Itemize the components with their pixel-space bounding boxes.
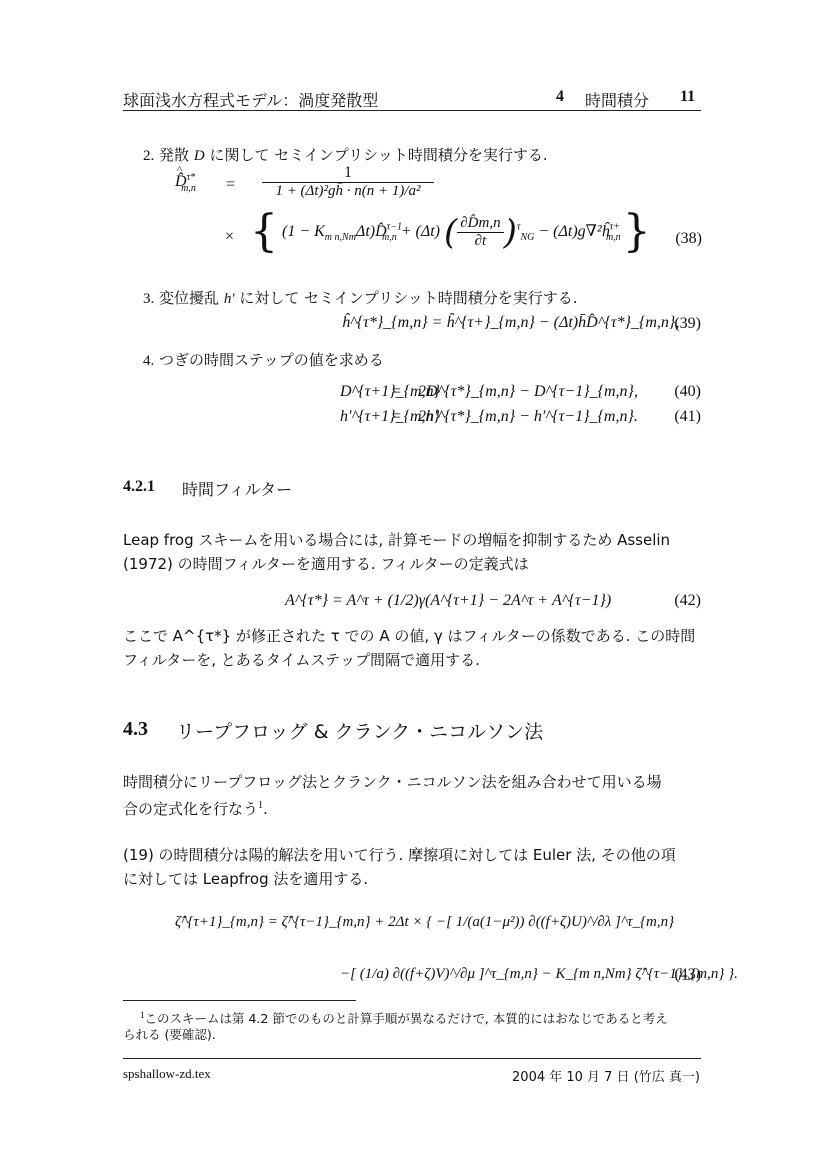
equation-39: ĥ^{τ*}_{m,n} = ĥ^{τ+}_{m,n} − (Δt)h̄D̂^{… <box>342 314 679 332</box>
section-title: リープフロッグ & クランク・ニコルソン法 <box>176 717 543 744</box>
footer-date-author: 2004 年 10 月 7 日 (竹広 真一) <box>512 1066 700 1085</box>
equation-number-38: (38) <box>675 230 702 248</box>
subsection-para1-line1: Leap frog スキームを用いる場合には, 計算モードの増幅を抑制するため … <box>123 528 670 552</box>
footer-filename: spshallow-zd.tex <box>123 1066 211 1082</box>
subsection-number: 4.2.1 <box>123 478 155 496</box>
equation-38-line1: D̂τ*m,n <box>175 172 196 194</box>
section-para1-line1: 時間積分にリープフロッグ法とクランク・ニコルソン法を組み合わせて用いる場 <box>123 770 662 794</box>
footer-rule <box>123 1058 701 1059</box>
subsection-para1-line2: (1972) の時間フィルターを適用する. フィルターの定義式は <box>123 552 529 576</box>
footnote-rule <box>123 1000 356 1001</box>
equation-38-equals: = <box>226 176 235 194</box>
equation-38-times: × <box>225 228 234 246</box>
page-number: 11 <box>680 88 695 106</box>
step-3: 3. 変位擾乱 h′ に対して セミインプリシット時間積分を実行する. <box>143 286 578 311</box>
equation-number-43: (43) <box>674 966 701 984</box>
equation-38-line2: { (1 − Km n,NmΔt)D̂τ−1m,n + (Δt) (∂D̂m,n… <box>250 210 651 254</box>
footnote-line2: られる (要確認). <box>123 1025 216 1045</box>
section-para2-line1: (19) の時間積分は陽的解法を用いて行う. 摩擦項に対しては Euler 法,… <box>123 843 676 867</box>
step-4: 4. つぎの時間ステップの値を求める <box>143 348 384 373</box>
equation-41-rhs: 2h′^{τ*}_{m,n} − h′^{τ−1}_{m,n}. <box>418 408 638 426</box>
equation-41-equals: = <box>392 408 401 426</box>
equation-42: A^{τ*} = A^τ + (1/2)γ(A^{τ+1} − 2A^τ + A… <box>285 592 611 610</box>
running-header-section-number: 4 <box>556 88 564 106</box>
equation-number-39: (39) <box>674 315 701 333</box>
section-para2-line2: に対しては Leapfrog 法を適用する. <box>123 867 368 891</box>
subsection-para2-line1: ここで A^{τ*} が修正された τ での A の値, γ はフィルターの係数… <box>123 624 695 648</box>
running-header-title: 球面浅水方程式モデル：渦度発散型 <box>123 88 378 111</box>
equation-40-rhs: 2D^{τ*}_{m,n} − D^{τ−1}_{m,n}, <box>418 383 638 401</box>
section-number: 4.3 <box>123 718 148 741</box>
equation-43-line1: ζ̂^{τ+1}_{m,n} = ζ̂^{τ−1}_{m,n} + 2Δt × … <box>175 914 674 931</box>
equation-number-42: (42) <box>674 592 701 610</box>
equation-number-41: (41) <box>674 408 701 426</box>
equation-40-equals: = <box>392 383 401 401</box>
footnote-line1: 1このスキームは第 4.2 節でのものと計算手順が異なるだけで, 本質的にはおな… <box>140 1005 668 1029</box>
running-header-section-title: 時間積分 <box>585 88 649 111</box>
equation-number-40: (40) <box>674 383 701 401</box>
section-para1-line2: 合の定式化を行なう1. <box>123 794 268 821</box>
subsection-title: 時間フィルター <box>182 477 292 500</box>
subsection-para2-line2: フィルターを, とあるタイムステップ間隔で適用する. <box>123 648 480 672</box>
equation-38-fraction: 1 1 + (Δt)²gh̄ · n(n + 1)/a² <box>262 164 434 200</box>
header-rule <box>123 110 701 111</box>
